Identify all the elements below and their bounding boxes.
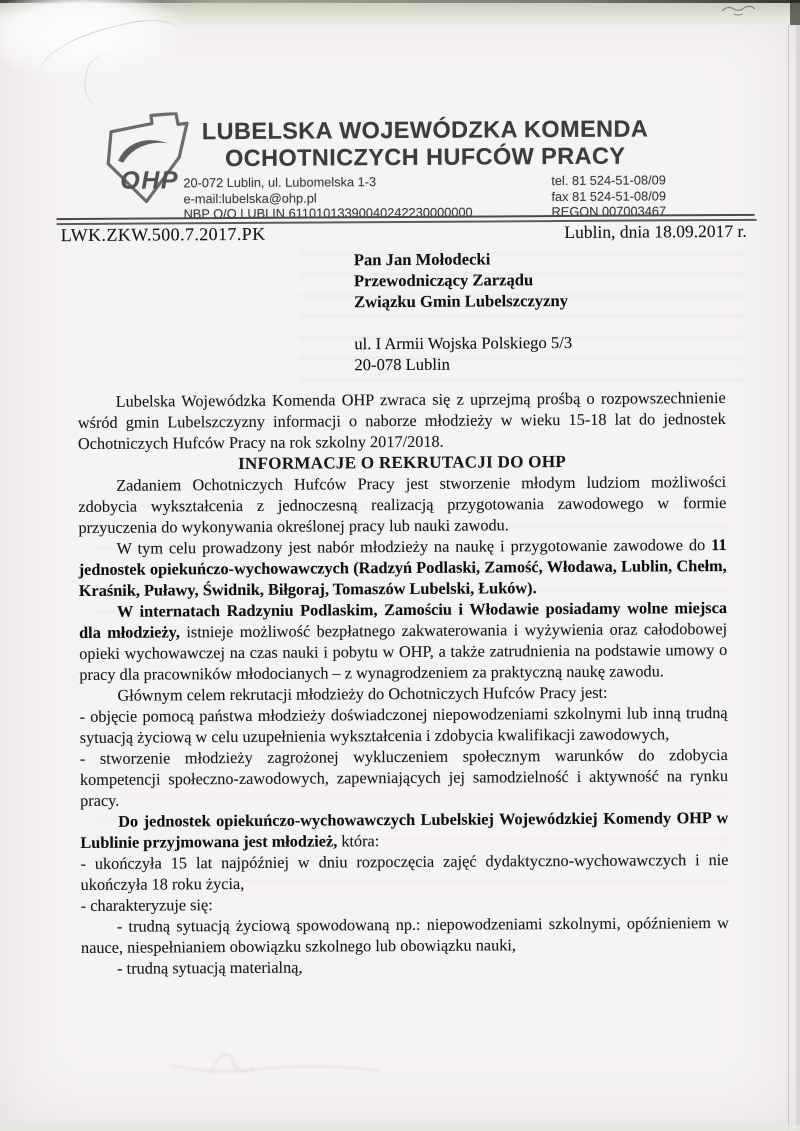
regon-line: REGON 007003467	[551, 204, 666, 220]
recipient-street: ul. I Armii Wojska Polskiego 5/3	[354, 332, 572, 354]
letter-body: Lubelska Wojewódzka Komenda OHP zwraca s…	[78, 387, 730, 979]
spacer	[354, 311, 572, 333]
fax-line: fax 81 524-51-08/09	[551, 188, 666, 204]
scanned-letter-page: OHP LUBELSKA WOJEWÓDZKA KOMENDA OCHOTNIC…	[0, 0, 800, 1131]
recipient-block: Pan Jan Mołodecki Przewodniczący Zarządu…	[354, 248, 573, 375]
tasks-paragraph: Zadaniem Ochotniczych Hufców Pracy jest …	[78, 471, 726, 538]
admission-subitem: - trudną sytuacją życiową spowodowaną np…	[81, 912, 729, 958]
scan-bottom-edge	[0, 1125, 800, 1131]
units-paragraph: W tym celu prowadzony jest nabór młodzie…	[79, 534, 727, 601]
paper-right-edge	[788, 25, 789, 1131]
admission-item: - ukończyła 15 lat najpóźniej w dniu roz…	[80, 849, 728, 895]
reference-number: LWK.ZKW.500.7.2017.PK	[61, 224, 266, 246]
recipient-organization: Związku Gmin Lubelszczyzny	[354, 290, 572, 312]
units-paragraph-normal: W tym celu prowadzony jest nabór młodzie…	[117, 535, 712, 558]
email-line: e-mail:lubelska@ohp.pl	[183, 189, 472, 206]
scan-right-margin	[796, 25, 800, 1131]
letter-content: OHP LUBELSKA WOJEWÓDZKA KOMENDA OCHOTNIC…	[0, 0, 800, 1131]
bank-account-line: NBP O/O LUBLIN 6110101339004024223000000…	[183, 205, 472, 222]
contact-phone-block: tel. 81 524-51-08/09 fax 81 524-51-08/09…	[551, 172, 666, 219]
letter-date: Lublin, dnia 18.09.2017 r.	[564, 221, 746, 243]
recipient-title: Przewodniczący Zarządu	[354, 269, 572, 291]
recipient-name: Pan Jan Mołodecki	[354, 248, 572, 270]
goal-item: - stworzenie młodzieży zagrożonej wykluc…	[80, 744, 728, 811]
telephone-line: tel. 81 524-51-08/09	[551, 172, 666, 188]
organization-name: LUBELSKA WOJEWÓDZKA KOMENDA OCHOTNICZYCH…	[194, 115, 656, 172]
ohp-logo-text: OHP	[120, 166, 179, 194]
dorms-paragraph: W internatach Radzyniu Podlaskim, Zamośc…	[79, 597, 728, 685]
admission-intro: Do jednostek opiekuńczo-wychowawczych Lu…	[80, 807, 728, 853]
goal-item: - objęcie pomocą państwa młodzieży doświ…	[80, 702, 728, 748]
admission-intro-normal: która:	[337, 831, 379, 850]
address-line: 20-072 Lublin, ul. Lubomelska 1-3	[183, 174, 472, 191]
recipient-city: 20-078 Lublin	[354, 353, 572, 375]
intro-paragraph: Lubelska Wojewódzka Komenda OHP zwraca s…	[78, 387, 726, 454]
admission-subitem: - trudną sytuacją materialną,	[81, 954, 729, 979]
organization-name-line1: LUBELSKA WOJEWÓDZKA KOMENDA	[194, 115, 656, 145]
organization-name-line2: OCHOTNICZYCH HUFCÓW PRACY	[194, 142, 656, 172]
admission-intro-bold: Do jednostek opiekuńczo-wychowawczych Lu…	[80, 808, 728, 852]
